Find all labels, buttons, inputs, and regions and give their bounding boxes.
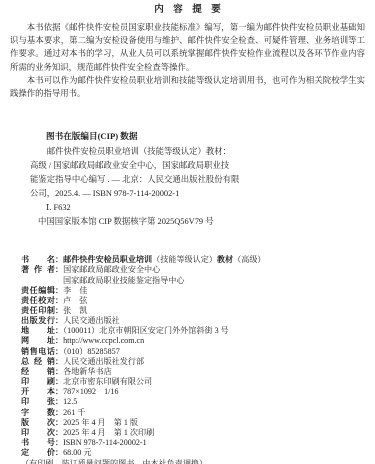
- summary-paragraph: 本书依据《邮件快件安检员国家职业技能标准》编写，第一编为邮件快件安检员职业基础知…: [10, 21, 365, 74]
- colophon-label: 印张: [21, 397, 55, 407]
- colophon-value: 787×1092 1/16: [63, 387, 118, 396]
- cip-entry-line: 高级 / 国家邮政局邮政业安全中心，国家邮政局职业技: [30, 159, 375, 173]
- book-copyright-page: 内 容 提 要 本书依据《邮件快件安检员国家职业技能标准》编写，第一编为邮件快件…: [0, 0, 375, 464]
- cip-entry-line: 公司，2025.4. — ISBN 978-7-114-20002-1: [30, 187, 375, 201]
- cip-section: 图书在版编目(CIP) 数据 邮件快件安检员职业培训（技能等级认定）教材：高级 …: [30, 130, 375, 229]
- colophon-value: 北京市密东印刷有限公司: [63, 377, 152, 386]
- colophon-label: 印刷: [21, 377, 55, 387]
- colophon-label: 字数: [21, 408, 55, 418]
- cip-record-number: 中国国家版本馆 CIP 数据核字第 2025Q56V79 号: [38, 215, 375, 229]
- colophon-colon: ：: [55, 326, 63, 335]
- colophon-colon: ：: [55, 347, 63, 356]
- colophon-colon: ：: [55, 408, 63, 417]
- colophon-row: 书号：ISBN 978-7-114-20002-1: [21, 438, 375, 448]
- cip-heading: 图书在版编目(CIP) 数据: [46, 130, 375, 143]
- colophon-label: 责任校对: [21, 296, 55, 306]
- colophon-label: 印次: [21, 428, 55, 438]
- colophon-colon: ：: [55, 286, 63, 295]
- colophon-row: 销售电话：（010）85285857: [21, 347, 375, 357]
- colophon-colon: ：: [55, 357, 63, 366]
- colophon-label: 定价: [21, 448, 55, 458]
- colophon-colon: ：: [55, 367, 63, 376]
- colophon-row: 字数：261 千: [21, 408, 375, 418]
- colophon-label: 网址: [21, 336, 55, 346]
- colophon-label: 责任印制: [21, 306, 55, 316]
- colophon-label: 地址: [21, 326, 55, 336]
- colophon-value-line2: 国家邮政局职业技能鉴定指导中心: [63, 276, 375, 286]
- colophon-value-part: 教材: [217, 255, 233, 264]
- colophon-row: 印刷：北京市密东印刷有限公司: [21, 377, 375, 387]
- colophon-label: 开本: [21, 387, 55, 397]
- colophon-label: 总经销: [21, 357, 55, 367]
- summary-heading: 内 容 提 要: [10, 5, 365, 16]
- colophon-label: 书号: [21, 438, 55, 448]
- summary-paragraph: 本书可以作为邮件快件安检员职业培训和技能等级认定培训用书，也可作为相关院校学生实…: [10, 74, 365, 100]
- colophon-colon: ：: [55, 428, 63, 437]
- colophon-colon: ：: [55, 316, 63, 325]
- colophon-row: 开本：787×1092 1/16: [21, 387, 375, 397]
- content-summary-section: 内 容 提 要 本书依据《邮件快件安检员国家职业技能标准》编写，第一编为邮件快件…: [0, 0, 375, 100]
- colophon-colon: ：: [55, 418, 63, 427]
- colophon-row: 印张：12.5: [21, 397, 375, 407]
- colophon-row: 网址：http://www.ccpcl.com.cn: [21, 336, 375, 346]
- colophon-colon: ：: [55, 438, 63, 447]
- colophon-row: 定价：68.00 元: [21, 448, 375, 458]
- colophon-row: 责任编辑：李 佳: [21, 286, 375, 296]
- colophon-value: （010）85285857: [63, 347, 120, 356]
- colophon-value: （100011）北京市朝阳区安定门外外馆斜街 3 号: [63, 326, 229, 335]
- colophon-value-part: （技能等级认定）: [152, 255, 217, 264]
- colophon-row: 责任印制：张 凯: [21, 306, 375, 316]
- colophon-colon: ：: [55, 265, 63, 274]
- colophon-colon: ：: [55, 306, 63, 315]
- cip-entry-line: 邮件快件安检员职业培训（技能等级认定）教材：: [30, 145, 375, 159]
- colophon-value: 各地新华书店: [63, 367, 112, 376]
- colophon-colon: ：: [55, 397, 63, 406]
- colophon-value: 68.00 元: [63, 448, 91, 457]
- colophon-colon: ：: [55, 296, 63, 305]
- colophon-row: 责任校对：卢 弦: [21, 296, 375, 306]
- cip-entry: 邮件快件安检员职业培训（技能等级认定）教材：高级 / 国家邮政局邮政业安全中心，…: [30, 145, 375, 201]
- colophon-label: 版次: [21, 418, 55, 428]
- cip-classification: Ⅰ. F632: [46, 201, 375, 215]
- summary-paragraphs: 本书依据《邮件快件安检员国家职业技能标准》编写，第一编为邮件快件安检员职业基础知…: [10, 21, 365, 100]
- colophon-row: 经销：各地新华书店: [21, 367, 375, 377]
- colophon-colon: ：: [55, 336, 63, 345]
- colophon-value: http://www.ccpcl.com.cn: [63, 336, 144, 345]
- cip-entry-line: 能鉴定指导中心编写 . — 北京：人民交通出版社股份有限: [30, 173, 375, 187]
- reprint-note: （有印刷、装订质量问题的图书，由本社负责调换）: [21, 459, 375, 464]
- colophon-value: 2025 年 4 月 第 1 次印刷: [63, 428, 154, 437]
- colophon-value: 张 凯: [63, 306, 87, 315]
- colophon-value: 261 千: [63, 408, 85, 417]
- colophon-label: 责任编辑: [21, 286, 55, 296]
- colophon-value: 卢 弦: [63, 296, 87, 305]
- colophon-row: 著作者：国家邮政局邮政业安全中心国家邮政局职业技能鉴定指导中心: [21, 265, 375, 285]
- colophon-label: 销售电话: [21, 347, 55, 357]
- colophon-value-part: 邮件快件安检员职业培训: [63, 255, 152, 264]
- colophon-row: 总经销：人民交通出版社发行部: [21, 357, 375, 367]
- colophon-label: 出版发行: [21, 316, 55, 326]
- colophon-row: 印次：2025 年 4 月 第 1 次印刷: [21, 428, 375, 438]
- colophon-value: 邮件快件安检员职业培训（技能等级认定）教材（高级）: [63, 255, 265, 264]
- colophon-section: 书名：邮件快件安检员职业培训（技能等级认定）教材（高级）著作者：国家邮政局邮政业…: [21, 255, 375, 464]
- colophon-value: 人民交通出版社发行部: [63, 357, 144, 366]
- colophon-row: 地址：（100011）北京市朝阳区安定门外外馆斜街 3 号: [21, 326, 375, 336]
- colophon-value-part: （高级）: [233, 255, 265, 264]
- colophon-value: 李 佳: [63, 286, 87, 295]
- colophon-row: 版次：2025 年 4 月 第 1 版: [21, 418, 375, 428]
- colophon-colon: ：: [55, 255, 63, 264]
- colophon-value: 2025 年 4 月 第 1 版: [63, 418, 138, 427]
- colophon-colon: ：: [55, 387, 63, 396]
- colophon-entries: 书名：邮件快件安检员职业培训（技能等级认定）教材（高级）著作者：国家邮政局邮政业…: [21, 255, 375, 458]
- colophon-label: 著作者: [21, 265, 55, 275]
- colophon-label: 书名: [21, 255, 55, 265]
- colophon-colon: ：: [55, 448, 63, 457]
- colophon-label: 经销: [21, 367, 55, 377]
- colophon-row: 出版发行：人民交通出版社: [21, 316, 375, 326]
- colophon-colon: ：: [55, 377, 63, 386]
- colophon-row: 书名：邮件快件安检员职业培训（技能等级认定）教材（高级）: [21, 255, 375, 265]
- colophon-value: 国家邮政局邮政业安全中心: [63, 265, 160, 274]
- colophon-value: 12.5: [63, 397, 77, 406]
- colophon-value: 人民交通出版社: [63, 316, 120, 325]
- colophon-value: ISBN 978-7-114-20002-1: [63, 438, 147, 447]
